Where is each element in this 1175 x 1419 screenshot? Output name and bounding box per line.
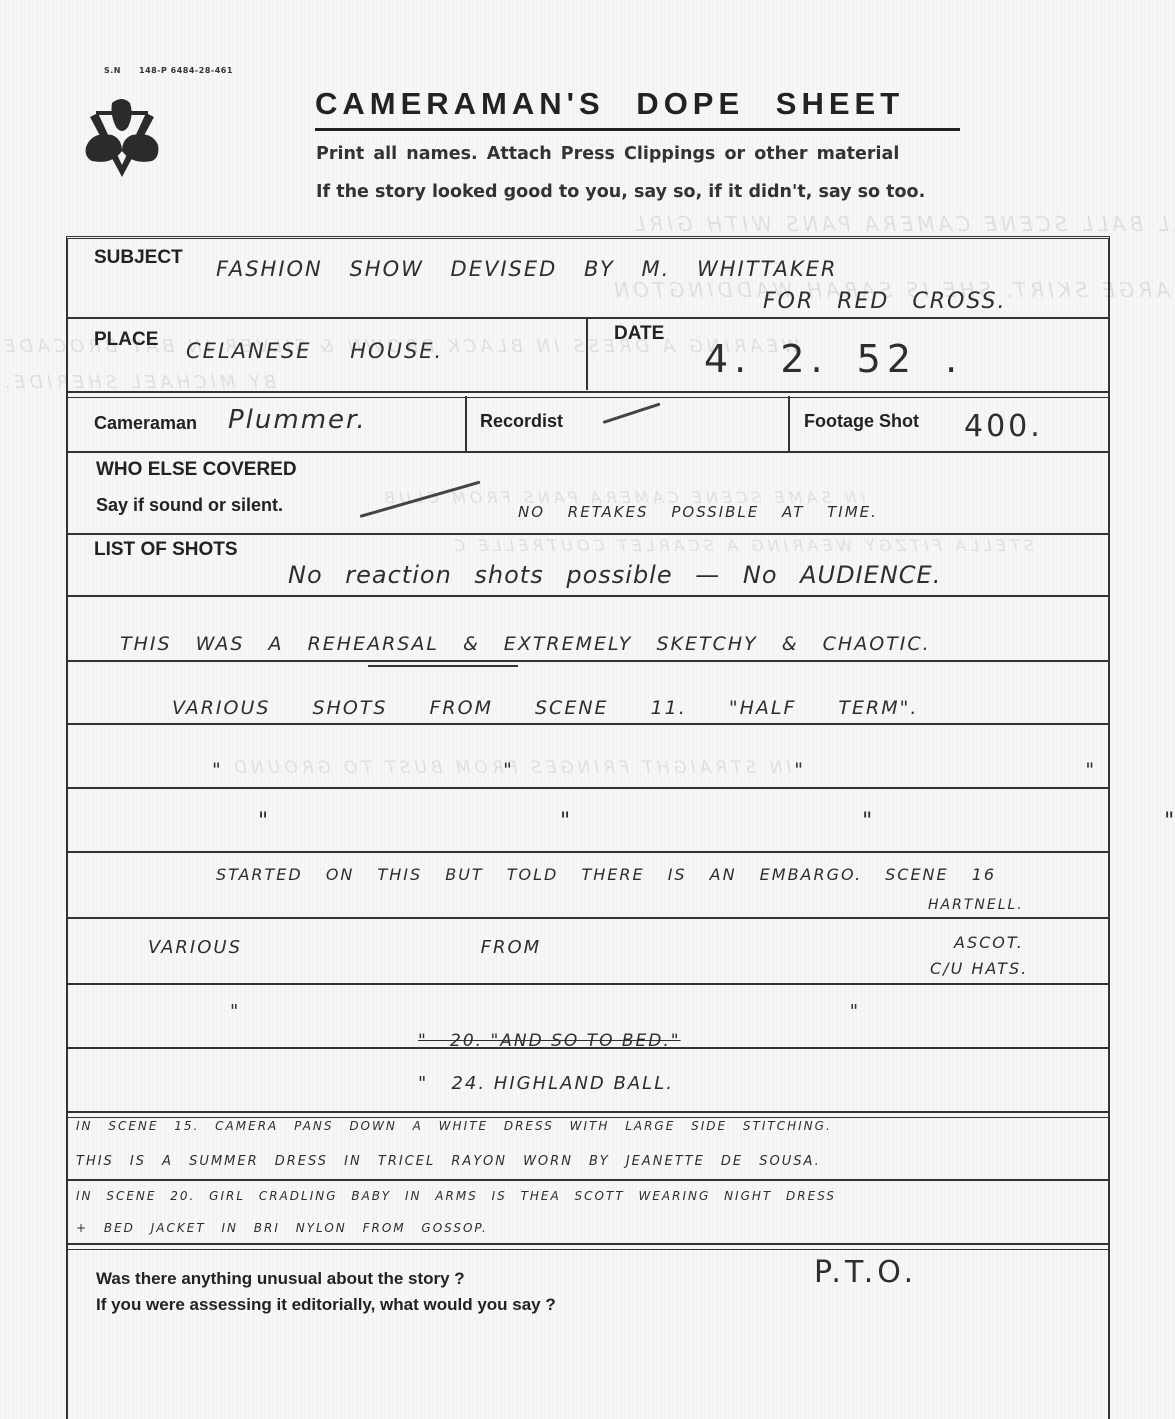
recordist-label: Recordist [480, 411, 563, 432]
who-else-covered-dash[interactable] [360, 481, 481, 518]
shot-line[interactable]: STARTED ON THIS BUT TOLD THERE IS AN EMB… [216, 865, 996, 884]
row-divider [68, 1179, 1108, 1181]
shot-line[interactable]: " " " " 14. "SWIMMING TIME." [212, 759, 1175, 781]
ruled-line [68, 723, 1108, 725]
ruled-line [68, 660, 1108, 662]
note-line[interactable]: THIS IS A SUMMER DRESS IN TRICEL RAYON W… [76, 1154, 821, 1169]
serial-number: S.N148-P 6484-28-461 [104, 66, 251, 75]
shot-line[interactable]: " " " " 15. "BELLS ETC." [258, 809, 1175, 834]
shot-line[interactable]: HARTNELL. [928, 897, 1024, 913]
ruled-line [68, 851, 1108, 853]
row-divider [68, 451, 1108, 453]
instruction-story-opinion: If the story looked good to you, say so,… [316, 182, 925, 202]
column-divider [788, 396, 790, 451]
column-divider [586, 318, 588, 390]
page-title: CAMERAMAN'S DOPE SHEET [315, 86, 904, 122]
unusual-story-question: Was there anything unusual about the sto… [96, 1269, 465, 1289]
footage-shot-value[interactable]: 400. [964, 409, 1043, 444]
shot-line[interactable]: ASCOT. [954, 933, 1024, 952]
row-divider-double [68, 391, 1108, 398]
ruled-line [68, 595, 1108, 597]
date-label: DATE [614, 323, 664, 345]
place-label: PLACE [94, 329, 158, 351]
ruled-line [68, 787, 1108, 789]
shot-line-struck[interactable]: " 20. "AND SO TO BED." [418, 1031, 681, 1051]
pto-note[interactable]: P.T.O. [814, 1255, 917, 1290]
cameraman-value[interactable]: Plummer. [228, 405, 367, 435]
subject-value-line1[interactable]: FASHION SHOW DEVISED BY M. WHITTAKER [216, 257, 837, 281]
subject-label: SUBJECT [94, 247, 183, 269]
date-value[interactable]: 4. 2. 52 . [704, 337, 963, 381]
editorial-assessment-question: If you were assessing it editorially, wh… [96, 1295, 556, 1315]
ruled-line [68, 917, 1108, 919]
row-divider [68, 317, 1108, 319]
shot-line[interactable]: C/U HATS. [930, 959, 1028, 978]
serial-label: S.N [104, 66, 121, 75]
column-divider [465, 396, 467, 451]
subject-value-line2[interactable]: FOR RED CROSS. [763, 289, 1006, 314]
serial-value: 148-P 6484-28-461 [139, 66, 233, 75]
newsreel-emblem-icon [82, 95, 162, 180]
place-value[interactable]: CELANESE HOUSE. [186, 339, 443, 363]
dope-sheet-form: SUBJECT FASHION SHOW DEVISED BY M. WHITT… [66, 236, 1110, 1419]
cameraman-label: Cameraman [94, 413, 197, 434]
recordist-value-dash[interactable] [603, 403, 661, 424]
ghost-text: SCENE IN FINAL BALL SCENE CAMERA PANS WI… [630, 212, 1175, 236]
shot-line[interactable]: VARIOUS SHOTS FROM SCENE 11. "HALF TERM"… [172, 697, 918, 719]
footage-shot-label: Footage Shot [804, 411, 919, 432]
row-divider-double [68, 1111, 1108, 1118]
row-divider [68, 533, 1108, 535]
row-divider-double [68, 1243, 1108, 1250]
shot-line[interactable]: " 24. HIGHLAND BALL. [418, 1073, 674, 1094]
note-line[interactable]: + BED JACKET IN BRI NYLON FROM GOSSOP. [76, 1221, 488, 1235]
shot-line[interactable]: No reaction shots possible — No AUDIENCE… [288, 561, 941, 589]
title-underline [315, 128, 960, 131]
instruction-print-names: Print all names. Attach Press Clippings … [316, 144, 899, 164]
ruled-line [68, 983, 1108, 985]
rehearsal-underline [368, 665, 518, 667]
who-else-covered-label: WHO ELSE COVERED [96, 459, 297, 481]
sound-or-silent-label: Say if sound or silent. [96, 495, 283, 516]
shot-line[interactable]: " " " 18. WEDDING. [230, 1001, 1175, 1022]
shot-line[interactable]: THIS WAS A REHEARSAL & EXTREMELY SKETCHY… [120, 633, 931, 655]
note-line[interactable]: IN SCENE 15. CAMERA PANS DOWN A WHITE DR… [76, 1119, 832, 1133]
list-of-shots-label: LIST OF SHOTS [94, 539, 238, 561]
note-line[interactable]: IN SCENE 20. GIRL CRADLING BABY IN ARMS … [76, 1189, 836, 1203]
retakes-note[interactable]: No RETAKES POSSIBLE AT TIME. [518, 503, 878, 521]
